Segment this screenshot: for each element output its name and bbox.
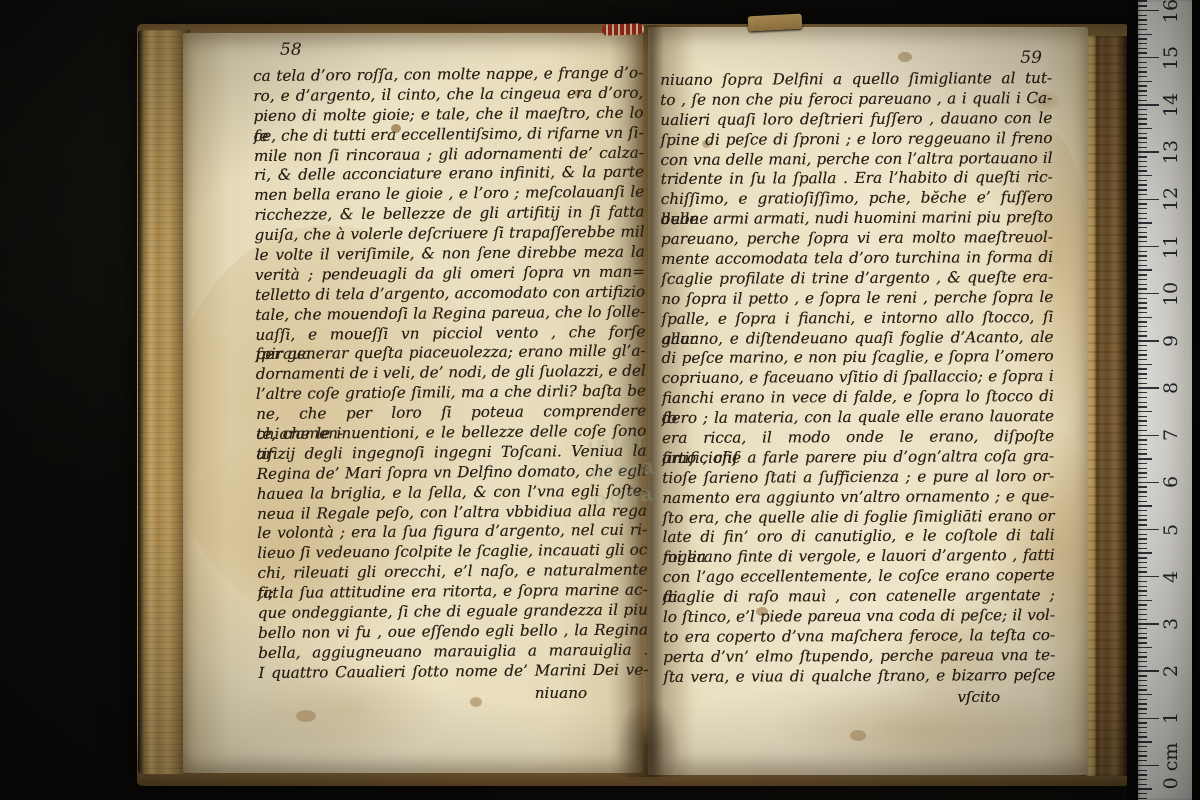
ruler-tick bbox=[1138, 793, 1147, 794]
ruler-tick bbox=[1138, 90, 1147, 91]
ruler-tick bbox=[1138, 741, 1152, 742]
ruler-tick bbox=[1138, 444, 1147, 445]
ruler-tick bbox=[1138, 637, 1147, 638]
ruler-tick bbox=[1138, 199, 1159, 200]
ruler-tick bbox=[1138, 241, 1147, 242]
ruler-tick bbox=[1138, 557, 1147, 558]
text-line: perta d’vn’ elmo ſtupendo, perche pareua… bbox=[663, 646, 1055, 668]
ruler-tick bbox=[1138, 652, 1147, 653]
ruler-tick bbox=[1138, 265, 1147, 266]
ruler-tick bbox=[1138, 62, 1147, 63]
ruler-tick bbox=[1138, 392, 1147, 393]
ruler-tick bbox=[1138, 0, 1147, 1]
ruler-tick bbox=[1138, 628, 1147, 629]
ruler-tick bbox=[1138, 501, 1147, 502]
ruler-number: 8 bbox=[1160, 382, 1182, 394]
ruler-tick bbox=[1138, 515, 1147, 516]
ruler-tick bbox=[1138, 147, 1147, 148]
ruler-tick bbox=[1138, 642, 1147, 643]
ruler-tick bbox=[1138, 194, 1147, 195]
ruler-number: 12 bbox=[1160, 187, 1182, 211]
ruler-tick bbox=[1138, 109, 1147, 110]
ruler-tick bbox=[1138, 798, 1147, 799]
text-line: ſto era, che quelle alie di foglie ſimig… bbox=[662, 507, 1054, 529]
ruler-tick bbox=[1138, 142, 1147, 143]
text-line: to era coperto d’vna maſchera feroce, la… bbox=[663, 626, 1055, 648]
ruler-number: 7 bbox=[1160, 429, 1182, 441]
ruler-tick bbox=[1138, 378, 1147, 379]
text-line: tale, che mouendoſi la Regina pareua, ch… bbox=[255, 302, 645, 325]
text-line: ſimo , che a farle parere piu d’ogn’altr… bbox=[662, 447, 1054, 469]
ruler-number: 2 bbox=[1160, 665, 1182, 677]
ruler-tick bbox=[1138, 703, 1147, 704]
ruler-tick bbox=[1138, 468, 1147, 469]
ruler-tick bbox=[1138, 43, 1147, 44]
ruler-tick bbox=[1138, 29, 1147, 30]
ruler-number: 3 bbox=[1160, 618, 1182, 630]
ruler-tick bbox=[1138, 411, 1152, 412]
ruler-tick bbox=[1138, 293, 1159, 294]
ruler-tick bbox=[1138, 458, 1152, 459]
ruler-tick bbox=[1138, 48, 1147, 49]
ruler-tick bbox=[1138, 708, 1147, 709]
ruler-tick bbox=[1138, 567, 1147, 568]
text-line: copriuano, e faceuano vſitio di ſpallacc… bbox=[662, 367, 1054, 389]
ruler-tick bbox=[1138, 373, 1147, 374]
ruler-tick bbox=[1138, 548, 1147, 549]
ruler-tick bbox=[1138, 331, 1147, 332]
ruler-tick bbox=[1138, 38, 1147, 39]
ruler-tick bbox=[1138, 222, 1152, 223]
text-line: namento era aggiunto vn’altro ornamento … bbox=[662, 487, 1054, 509]
left-page-number: 58 bbox=[280, 40, 302, 60]
ruler-tick bbox=[1138, 397, 1147, 398]
ruler-tick bbox=[1138, 425, 1147, 426]
ruler-tick bbox=[1138, 359, 1147, 360]
ruler-tick bbox=[1138, 184, 1147, 185]
ruler-tick bbox=[1138, 718, 1159, 719]
text-line: to , ſe non che piu feroci pareuano , a … bbox=[660, 89, 1052, 111]
ruler-tick bbox=[1138, 552, 1152, 553]
text-line: late di fin’ oro di canutiglio, e le coſ… bbox=[662, 526, 1054, 548]
ruler-number: 10 bbox=[1160, 282, 1182, 306]
ruler-tick bbox=[1138, 449, 1147, 450]
ruler-tick bbox=[1138, 788, 1152, 789]
ruler-tick bbox=[1138, 251, 1147, 252]
text-line: lo ſtinco, e’l piede pareua vna coda di … bbox=[663, 606, 1055, 628]
ruler-tick bbox=[1138, 24, 1147, 25]
ruler-tick bbox=[1138, 246, 1159, 247]
left-catchword: niuano bbox=[253, 684, 643, 702]
text-line: ſcaglie di raſo mauì , con catenelle arg… bbox=[663, 586, 1055, 608]
ruler-tick bbox=[1138, 680, 1147, 681]
ruler-tick bbox=[1138, 368, 1147, 369]
text-line: ſpine di peſce di ſproni ; e loro reggeu… bbox=[660, 129, 1052, 151]
text-line: di peſce marino, e non piu ſcaglie, e ſo… bbox=[661, 347, 1053, 369]
ruler-tick bbox=[1138, 321, 1147, 322]
ruler-tick bbox=[1138, 571, 1147, 572]
ruler-tick bbox=[1138, 260, 1147, 261]
ruler-tick bbox=[1138, 161, 1147, 162]
left-page-text: ca tela d’oro roſſa, con molte nappe, e … bbox=[253, 64, 648, 684]
ruler-tick bbox=[1138, 274, 1147, 275]
ruler-tick bbox=[1138, 538, 1147, 539]
ruler-tick bbox=[1138, 10, 1159, 11]
ruler-tick bbox=[1138, 213, 1147, 214]
ruler-tick bbox=[1138, 95, 1147, 96]
ruler-tick bbox=[1138, 340, 1159, 341]
ruler-tick bbox=[1138, 227, 1147, 228]
ruler-tick bbox=[1138, 491, 1147, 492]
ruler-tick bbox=[1138, 151, 1159, 152]
ruler-tick bbox=[1138, 345, 1147, 346]
ruler-tick bbox=[1138, 689, 1147, 690]
ruler-tick bbox=[1138, 633, 1147, 634]
ruler-tick bbox=[1138, 519, 1147, 520]
ruler-tick bbox=[1138, 614, 1147, 615]
ruler-tick bbox=[1138, 600, 1152, 601]
ruler-tick bbox=[1138, 302, 1147, 303]
ruler-number: 13 bbox=[1160, 140, 1182, 164]
ruler-tick bbox=[1138, 670, 1159, 671]
ruler-tick bbox=[1138, 779, 1147, 780]
ruler-tick bbox=[1138, 439, 1147, 440]
ruler-tick bbox=[1138, 581, 1147, 582]
ruler-tick bbox=[1138, 699, 1147, 700]
ruler-tick bbox=[1138, 307, 1147, 308]
text-line: gauano, e diſtendeuano quaſi foglie d’Ac… bbox=[661, 328, 1053, 350]
text-line: ualieri quaſi loro deſtrieri fuſſero , d… bbox=[660, 109, 1052, 131]
ruler-number: 6 bbox=[1160, 476, 1182, 488]
ruler-tick bbox=[1138, 453, 1147, 454]
ruler-tick bbox=[1138, 430, 1147, 431]
ruler-tick bbox=[1138, 661, 1147, 662]
ruler-tick bbox=[1138, 269, 1152, 270]
text-line: tridente in ſu la ſpalla . Era l’habito … bbox=[661, 168, 1053, 190]
right-page-text: niuano ſopra Delfini a quello ſimigliant… bbox=[660, 69, 1055, 688]
ruler-tick bbox=[1138, 100, 1147, 101]
text-line: con vna delle mani, perche con l’altra p… bbox=[660, 149, 1052, 171]
ruler-tick bbox=[1138, 189, 1147, 190]
ruler-tick bbox=[1138, 312, 1147, 313]
ruler-tick bbox=[1138, 218, 1147, 219]
ruler-tick bbox=[1138, 255, 1147, 256]
ruler-tick bbox=[1138, 279, 1147, 280]
ruler-tick bbox=[1138, 722, 1147, 723]
text-line: era ricca, il modo onde le erano, diſpoſ… bbox=[662, 427, 1054, 449]
ruler-tick bbox=[1138, 784, 1147, 785]
ruler-tick bbox=[1138, 774, 1147, 775]
ruler-tick bbox=[1138, 623, 1159, 624]
ruler-tick bbox=[1138, 156, 1147, 157]
text-line: chiſſimo, e gratioſiſſimo, pche, bĕche e… bbox=[661, 188, 1053, 210]
ruler-number: 15 bbox=[1160, 46, 1182, 70]
gutter-shadow bbox=[616, 698, 680, 780]
text-line: tioſe ſarieno ſtati a ſufficienza ; e pu… bbox=[662, 467, 1054, 489]
ruler-tick bbox=[1138, 19, 1147, 20]
ruler-tick bbox=[1138, 335, 1147, 336]
book-photo: 58 59 ca tela d’oro roſſa, con molte nap… bbox=[0, 0, 1200, 800]
ruler-tick bbox=[1138, 760, 1147, 761]
ruler-tick bbox=[1138, 236, 1147, 237]
ruler-tick bbox=[1138, 317, 1152, 318]
right-catchword: vſcito bbox=[660, 688, 1052, 706]
ruler-tick bbox=[1138, 128, 1152, 129]
ruler-tick bbox=[1138, 133, 1147, 134]
ruler-tick bbox=[1138, 118, 1147, 119]
headband bbox=[602, 23, 644, 35]
ruler-tick bbox=[1138, 71, 1147, 72]
ruler-tick bbox=[1138, 406, 1147, 407]
ruler-tick bbox=[1138, 402, 1147, 403]
text-line: buone armi armati, nudi huomini marini p… bbox=[661, 208, 1053, 230]
ruler-tick bbox=[1138, 67, 1147, 68]
ruler-tick bbox=[1138, 562, 1147, 563]
ruler-tick bbox=[1138, 524, 1147, 525]
ruler-tick bbox=[1138, 203, 1147, 204]
ruler-tick bbox=[1138, 298, 1147, 299]
ruler-number: 16 bbox=[1160, 0, 1182, 23]
ruler-tick bbox=[1138, 5, 1147, 6]
text-line: pareuano, perche ſopra vi era molto maeſ… bbox=[661, 228, 1053, 250]
text-line: dero ; la materia, con la quale elle era… bbox=[662, 407, 1054, 429]
ruler-tick bbox=[1138, 81, 1152, 82]
right-page-number: 59 bbox=[1002, 48, 1042, 68]
ruler-tick bbox=[1138, 383, 1147, 384]
ruler-tick bbox=[1138, 755, 1147, 756]
ruler-tick bbox=[1138, 576, 1159, 577]
ruler-tick bbox=[1138, 534, 1147, 535]
ruler-tick bbox=[1138, 590, 1147, 591]
ruler-number: 9 bbox=[1160, 335, 1182, 347]
ruler-tick bbox=[1138, 732, 1147, 733]
ruler-tick bbox=[1138, 104, 1159, 105]
ruler-tick bbox=[1138, 350, 1147, 351]
ruler-tick bbox=[1138, 685, 1147, 686]
ruler-tick bbox=[1138, 477, 1147, 478]
ruler-tick bbox=[1138, 232, 1147, 233]
ruler-tick bbox=[1138, 496, 1147, 497]
text-line: con l’ago eccellentemente, le coſce eran… bbox=[663, 566, 1055, 588]
ruler-tick bbox=[1138, 505, 1152, 506]
text-line: niuano ſopra Delfini a quello ſimigliant… bbox=[660, 69, 1052, 91]
ruler-number: 1 bbox=[1160, 712, 1182, 724]
ruler-tick bbox=[1138, 675, 1147, 676]
ruler-tick bbox=[1138, 76, 1147, 77]
ruler-tick bbox=[1138, 694, 1152, 695]
ruler-tick bbox=[1138, 57, 1159, 58]
ruler-tick bbox=[1138, 765, 1159, 766]
ruler-tick bbox=[1138, 604, 1147, 605]
ruler-tick bbox=[1138, 123, 1147, 124]
text-line: ſta vera, e viua di qualche ſtrano, e bi… bbox=[663, 666, 1055, 688]
ruler-tick bbox=[1138, 137, 1147, 138]
ruler-tick bbox=[1138, 175, 1152, 176]
ruler-tick bbox=[1138, 486, 1147, 487]
ruler-tick bbox=[1138, 647, 1152, 648]
ruler-tick bbox=[1138, 170, 1147, 171]
ruler-tick bbox=[1138, 666, 1147, 667]
ruler-tick bbox=[1138, 543, 1147, 544]
text-line: ſpalle, e ſopra i fianchi, e intorno all… bbox=[661, 308, 1053, 330]
ruler-tick bbox=[1138, 510, 1147, 511]
ruler-tick bbox=[1138, 85, 1147, 86]
ruler-number: 11 bbox=[1160, 234, 1182, 258]
ruler-tick bbox=[1138, 284, 1147, 285]
ruler-number: 0 cm bbox=[1160, 742, 1182, 789]
ruler-tick bbox=[1138, 435, 1159, 436]
ruler-tick bbox=[1138, 463, 1147, 464]
ruler-tick bbox=[1138, 713, 1147, 714]
ruler-tick bbox=[1138, 727, 1147, 728]
ruler-tick bbox=[1138, 208, 1147, 209]
ruler-tick bbox=[1138, 166, 1147, 167]
ruler-tick bbox=[1138, 595, 1147, 596]
paper-fragment bbox=[748, 14, 803, 32]
ruler-tick bbox=[1138, 609, 1147, 610]
ruler: 0 cm12345678910111213141516 bbox=[1127, 0, 1200, 800]
ruler-tick bbox=[1138, 288, 1147, 289]
ruler-tick bbox=[1138, 619, 1147, 620]
ruler-tick bbox=[1138, 416, 1147, 417]
ruler-tick bbox=[1138, 656, 1147, 657]
ruler-number: 4 bbox=[1160, 571, 1182, 583]
ruler-tick bbox=[1138, 180, 1147, 181]
ruler-tick bbox=[1138, 52, 1147, 53]
ruler-tick bbox=[1138, 34, 1152, 35]
ruler-tick bbox=[1138, 364, 1152, 365]
text-line: mente accomodata tela d’oro turchina in … bbox=[661, 248, 1053, 270]
ruler-tick bbox=[1138, 387, 1159, 388]
ruler-tick bbox=[1138, 354, 1147, 355]
ruler-tick bbox=[1138, 482, 1159, 483]
ruler-tick bbox=[1138, 770, 1147, 771]
ruler-number: 5 bbox=[1160, 524, 1182, 536]
ruler-tick bbox=[1138, 586, 1147, 587]
ruler-tick bbox=[1138, 746, 1147, 747]
ruler-tick bbox=[1138, 326, 1147, 327]
text-line: no ſopra il petto , e ſopra le reni , pe… bbox=[661, 288, 1053, 310]
ruler-tick bbox=[1138, 736, 1147, 737]
text-line: I quattro Caualieri ſotto nome de’ Marin… bbox=[258, 660, 648, 683]
text-line: mi erano finte di vergole, e lauori d’ar… bbox=[662, 546, 1054, 568]
ruler-number: 14 bbox=[1160, 93, 1182, 117]
ruler-tick bbox=[1138, 420, 1147, 421]
text-line: ſcaglie profilate di trine d’argento , &… bbox=[661, 268, 1053, 290]
ruler-tick bbox=[1138, 751, 1147, 752]
ruler-tick bbox=[1138, 529, 1159, 530]
text-line: ce, che di tutti era eccellentiſsimo, di… bbox=[254, 123, 644, 146]
ruler-face: 0 cm12345678910111213141516 bbox=[1138, 0, 1192, 800]
ruler-tick bbox=[1138, 114, 1147, 115]
ruler-tick bbox=[1138, 15, 1147, 16]
ruler-tick bbox=[1138, 472, 1147, 473]
text-line: fianchi erano in vece di falde, e ſopra … bbox=[662, 387, 1054, 409]
